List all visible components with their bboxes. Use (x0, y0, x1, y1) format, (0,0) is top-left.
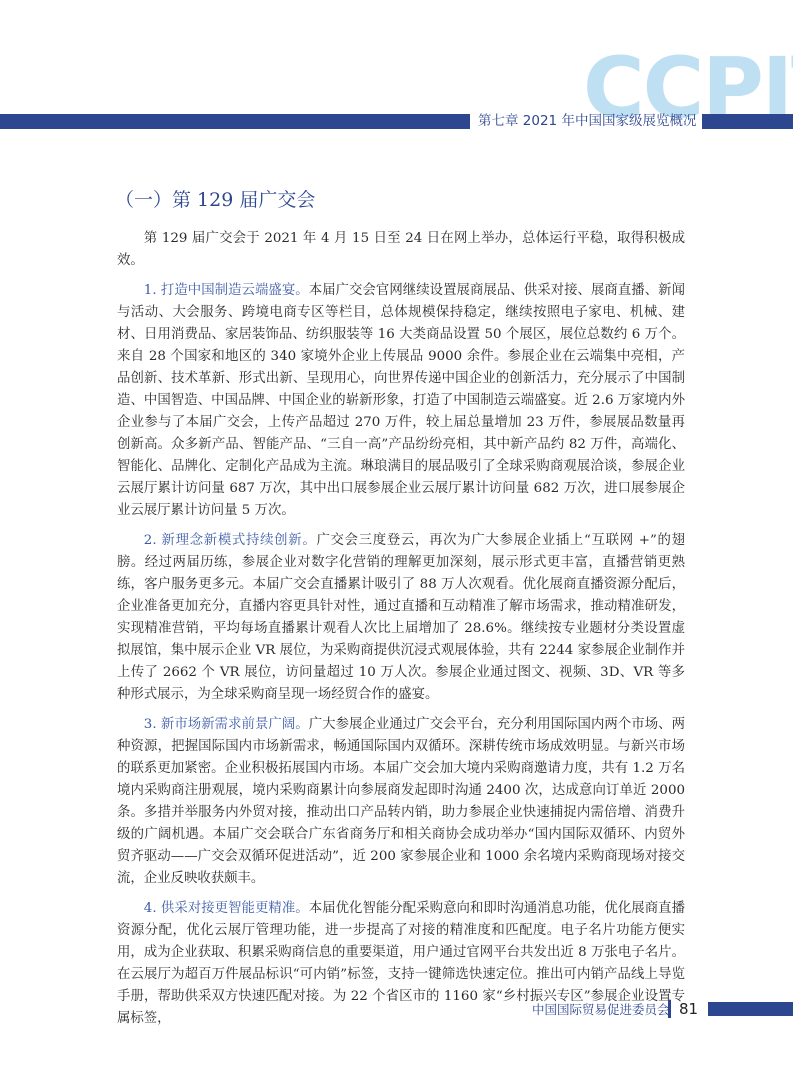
chapter-title: 第七章 2021 年中国国家级展览概况 (478, 111, 696, 131)
paragraph-lead: 1. 打造中国制造云端盛宴。 (144, 283, 309, 298)
header-band-left (0, 114, 470, 129)
paragraph-2: 2. 新理念新模式持续创新。广交会三度登云，再次为广大参展企业插上“互联网 +”… (117, 530, 685, 706)
paragraph-text: 广交会三度登云，再次为广大参展企业插上“互联网 +”的翅膀。经过两届历练，参展企… (117, 533, 685, 702)
paragraph-text: 第 129 届广交会于 2021 年 4 月 15 日至 24 日在网上举办，总… (117, 231, 685, 268)
header-band-right (702, 114, 793, 129)
body-text: 第 129 届广交会于 2021 年 4 月 15 日至 24 日在网上举办，总… (117, 228, 685, 1038)
paragraph-intro: 第 129 届广交会于 2021 年 4 月 15 日至 24 日在网上举办，总… (117, 228, 685, 272)
paragraph-lead: 4. 供采对接更智能更精准。 (144, 901, 309, 916)
footer-organization: 中国国际贸易促进委员会 (532, 1000, 670, 1020)
footer-band (708, 1002, 793, 1016)
page-number: 81 (679, 998, 698, 1020)
paragraph-lead: 3. 新市场新需求前景广阔。 (144, 717, 309, 732)
paragraph-lead: 2. 新理念新模式持续创新。 (144, 533, 317, 548)
section-title: （一）第 129 届广交会 (115, 186, 315, 214)
paragraph-1: 1. 打造中国制造云端盛宴。本届广交会官网继续设置展商展品、供采对接、展商直播、… (117, 280, 685, 522)
paragraph-text: 广大参展企业通过广交会平台，充分利用国际国内两个市场、两种资源，把握国际国内市场… (117, 717, 685, 886)
paragraph-text: 本届广交会官网继续设置展商展品、供采对接、展商直播、新闻与活动、大会服务、跨境电… (117, 283, 685, 518)
footer-divider (668, 1000, 671, 1018)
paragraph-3: 3. 新市场新需求前景广阔。广大参展企业通过广交会平台，充分利用国际国内两个市场… (117, 714, 685, 890)
